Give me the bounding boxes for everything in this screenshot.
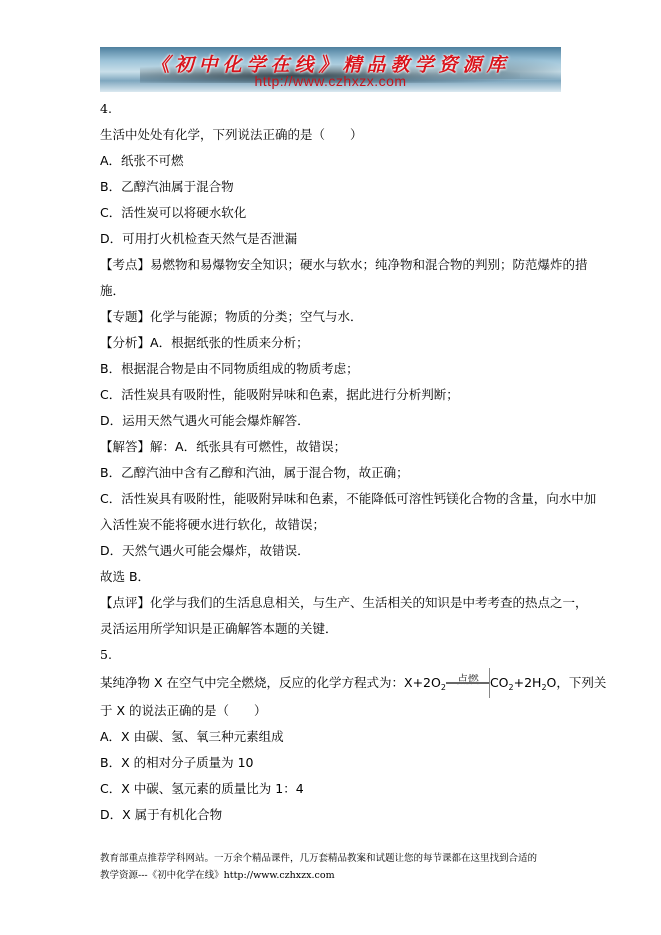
zhuanti-section: 【专题】化学与能源；物质的分类；空气与水． <box>100 304 570 330</box>
zhuanti-tag: 【专题】 <box>100 309 150 324</box>
reaction-divider <box>489 668 490 698</box>
dianping-tag: 【点评】 <box>100 595 150 610</box>
page-footer: 教育部重点推荐学科网站。一万余个精品课件，几万套精品教案和试题让您的每节课都在这… <box>100 850 570 884</box>
banner-url: http://www.czhxzx.com <box>100 73 561 89</box>
kaodian-text: 易燃物和易爆物安全知识；硬水与软水；纯净物和混合物的判别；防范爆炸的措 <box>150 257 588 272</box>
stem-text-before: 某纯净物 X 在空气中完全燃烧，反应的化学方程式为：X+2O <box>100 675 441 690</box>
reaction-condition: 点燃 <box>446 665 490 695</box>
kaodian-section: 【考点】易燃物和易爆物安全知识；硬水与软水；纯净物和混合物的判别；防范爆炸的措 <box>100 252 570 278</box>
fenxi-a: A．根据纸张的性质来分析； <box>150 335 309 350</box>
jieda-c: C．活性炭具有吸附性，能吸附异味和色素，不能降低可溶性钙镁化合物的含量，向水中加 <box>100 486 570 512</box>
question-5-option-c: C．X 中碳、氢元素的质量比为 1：4 <box>100 776 570 802</box>
question-5-stem: 某纯净物 X 在空气中完全燃烧，反应的化学方程式为：X+2O2点燃CO2+2H2… <box>100 668 570 698</box>
question-5-stem-cont: 于 X 的说法正确的是（ ） <box>100 698 570 724</box>
fenxi-c: C．活性炭具有吸附性，能吸附异味和色素，据此进行分析判断； <box>100 382 570 408</box>
question-4-answer: 故选 B． <box>100 564 570 590</box>
reaction-bar <box>446 682 490 684</box>
footer-line-2: 教学资源---《初中化学在线》http://www.czhxzx.com <box>100 867 570 884</box>
reaction-arrow: 点燃 <box>446 668 490 694</box>
fenxi-tag: 【分析】 <box>100 335 150 350</box>
jieda-section: 【解答】解：A．纸张具有可燃性，故错误； <box>100 434 570 460</box>
kaodian-tag: 【考点】 <box>100 257 150 272</box>
dianping-text: 化学与我们的生活息息相关，与生产、生活相关的知识是中考考查的热点之一， <box>150 595 588 610</box>
jieda-c-cont: 入活性炭不能将硬水进行软化，故错误； <box>100 512 570 538</box>
zhuanti-text: 化学与能源；物质的分类；空气与水． <box>150 309 363 324</box>
question-4-option-d: D．可用打火机检查天然气是否泄漏 <box>100 226 570 252</box>
question-5-option-b: B．X 的相对分子质量为 10 <box>100 750 570 776</box>
header-banner: 《初中化学在线》精品教学资源库 http://www.czhxzx.com <box>100 47 561 92</box>
product-h: +2H <box>514 675 542 690</box>
fenxi-section: 【分析】A．根据纸张的性质来分析； <box>100 330 570 356</box>
fenxi-d: D．运用天然气遇火可能会爆炸解答． <box>100 408 570 434</box>
jieda-d: D．天然气遇火可能会爆炸，故错误． <box>100 538 570 564</box>
question-5-option-a: A．X 由碳、氢、氧三种元素组成 <box>100 724 570 750</box>
question-4-option-b: B．乙醇汽油属于混合物 <box>100 174 570 200</box>
jieda-tag: 【解答】 <box>100 439 150 454</box>
question-4-option-c: C．活性炭可以将硬水软化 <box>100 200 570 226</box>
dianping-text-cont: 灵活运用所学知识是正确解答本题的关键． <box>100 616 570 642</box>
document-body: 4. 生活中处处有化学，下列说法正确的是（ ） A．纸张不可燃 B．乙醇汽油属于… <box>100 96 570 828</box>
fenxi-b: B．根据混合物是由不同物质组成的物质考虑； <box>100 356 570 382</box>
jieda-a: 解：A．纸张具有可燃性，故错误； <box>150 439 346 454</box>
stem-text-after: O，下列关 <box>547 675 607 690</box>
kaodian-text-cont: 施． <box>100 278 570 304</box>
dianping-section: 【点评】化学与我们的生活息息相关，与生产、生活相关的知识是中考考查的热点之一， <box>100 590 570 616</box>
question-4-number: 4. <box>100 96 570 122</box>
product-co: CO <box>490 675 509 690</box>
question-5-number: 5. <box>100 642 570 668</box>
question-4-stem: 生活中处处有化学，下列说法正确的是（ ） <box>100 122 570 148</box>
question-5-option-d: D．X 属于有机化合物 <box>100 802 570 828</box>
footer-line-1: 教育部重点推荐学科网站。一万余个精品课件，几万套精品教案和试题让您的每节课都在这… <box>100 850 570 867</box>
question-4-option-a: A．纸张不可燃 <box>100 148 570 174</box>
jieda-b: B．乙醇汽油中含有乙醇和汽油，属于混合物，故正确； <box>100 460 570 486</box>
